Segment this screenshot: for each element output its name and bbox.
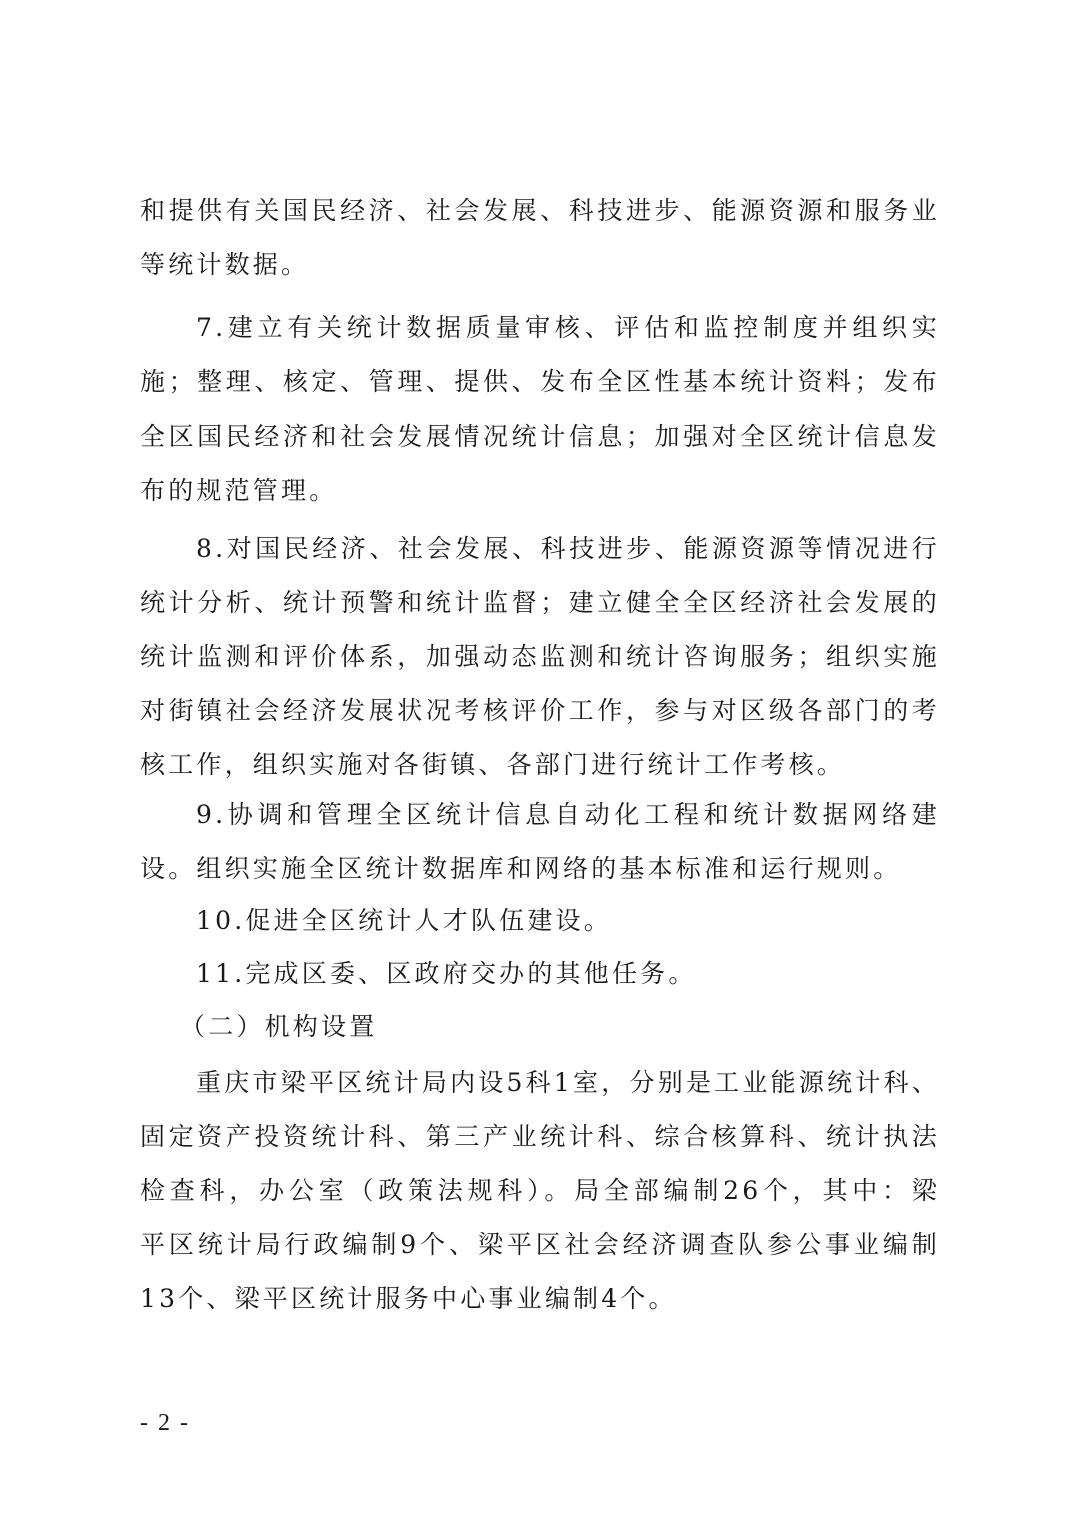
item-8-line-5: 核工作，组织实施对各街镇、各部门进行统计工作考核。 (140, 750, 940, 780)
section-heading: （二）机构设置 (140, 1012, 940, 1042)
org-line-2: 固定资产投资统计科、第三产业统计科、综合核算科、统计执法 (140, 1122, 940, 1152)
text-line-2: 等统计数据。 (140, 250, 940, 280)
org-line-1: 重庆市梁平区统计局内设5科1室，分别是工业能源统计科、 (140, 1068, 940, 1098)
item-8-line-3: 统计监测和评价体系，加强动态监测和统计咨询服务；组织实施 (140, 642, 940, 672)
page-number: - 2 - (140, 1410, 190, 1437)
item-11: 11.完成区委、区政府交办的其他任务。 (140, 959, 940, 989)
org-line-4: 平区统计局行政编制9个、梁平区社会经济调查队参公事业编制 (140, 1230, 940, 1260)
item-9-line-1: 9.协调和管理全区统计信息自动化工程和统计数据网络建 (140, 800, 940, 830)
text-line-1: 和提供有关国民经济、社会发展、科技进步、能源资源和服务业 (140, 196, 940, 226)
org-line-5: 13个、梁平区统计服务中心事业编制4个。 (140, 1284, 940, 1314)
item-7-line-4: 布的规范管理。 (140, 476, 940, 506)
item-7-line-3: 全区国民经济和社会发展情况统计信息；加强对全区统计信息发 (140, 422, 940, 452)
item-8-line-4: 对街镇社会经济发展状况考核评价工作，参与对区级各部门的考 (140, 696, 940, 726)
item-7-line-2: 施；整理、核定、管理、提供、发布全区性基本统计资料；发布 (140, 367, 940, 397)
item-7-line-1: 7.建立有关统计数据质量审核、评估和监控制度并组织实 (140, 313, 940, 343)
org-line-3: 检查科，办公室（政策法规科）。局全部编制26个，其中：梁 (140, 1176, 940, 1206)
item-9-line-2: 设。组织实施全区统计数据库和网络的基本标准和运行规则。 (140, 854, 940, 884)
item-8-line-1: 8.对国民经济、社会发展、科技进步、能源资源等情况进行 (140, 534, 940, 564)
item-10: 10.促进全区统计人才队伍建设。 (140, 906, 940, 936)
item-8-line-2: 统计分析、统计预警和统计监督；建立健全全区经济社会发展的 (140, 588, 940, 618)
